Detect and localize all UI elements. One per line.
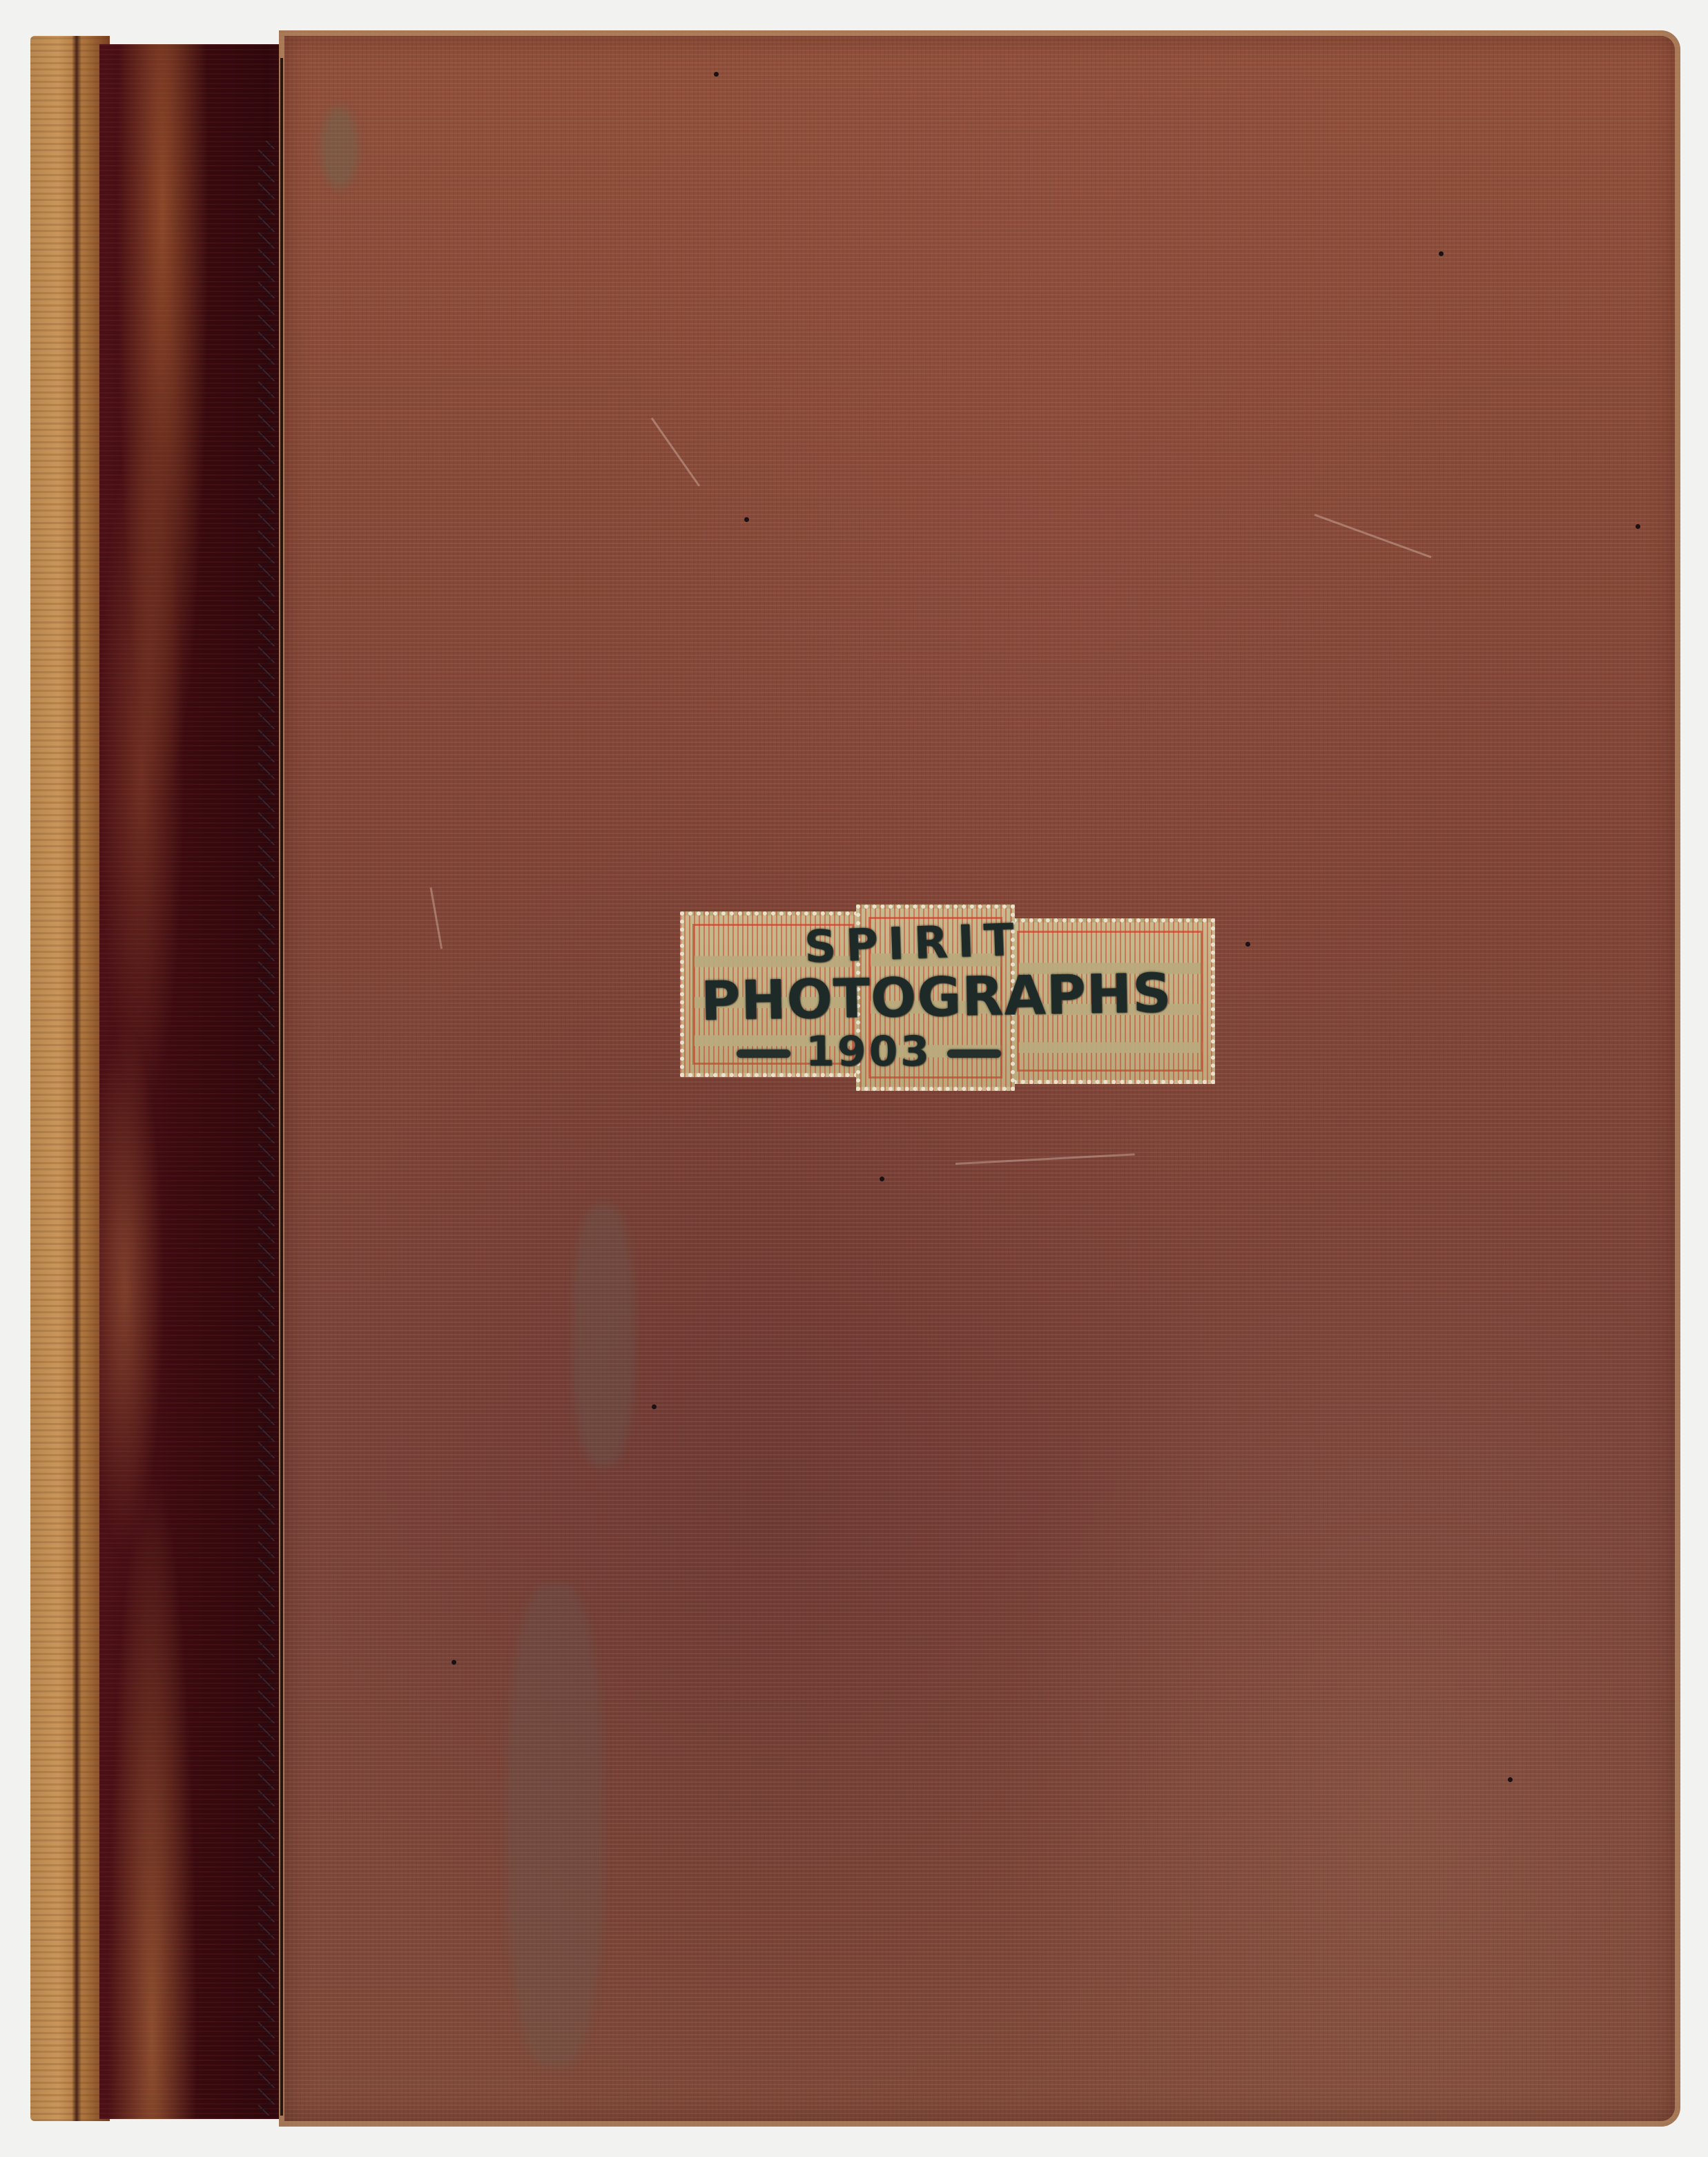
speck [880,1177,884,1181]
spine-worn-edge [30,36,110,2121]
spine-rule-line [280,58,283,2116]
stain-mark [572,1204,634,1467]
label-line-spirit: SPIRIT [804,914,1025,973]
dash-mark [947,1050,1001,1058]
speck [1245,942,1250,947]
speck [714,72,719,77]
dash-mark [737,1050,790,1058]
speck [744,517,749,522]
speck [1508,1777,1513,1782]
stain-mark [320,106,358,189]
speck [1439,251,1444,256]
label-line-photographs: PHOTOGRAPHS [700,963,1172,1033]
title-label: SPIRIT PHOTOGRAPHS 1903 [680,905,1219,1091]
stain-mark [507,1584,603,2067]
label-year: 1903 [806,1027,932,1076]
scratch-mark [651,418,700,487]
label-line-year: 1903 [721,1027,1016,1076]
speck [452,1660,456,1665]
scan-background: SPIRIT PHOTOGRAPHS 1903 [0,0,1708,2157]
scratch-mark [1314,514,1431,558]
zigzag-embossed-border [258,141,275,2116]
scratch-mark [430,887,443,949]
speck [1636,524,1640,529]
speck [652,1404,657,1409]
scratch-mark [955,1153,1135,1165]
